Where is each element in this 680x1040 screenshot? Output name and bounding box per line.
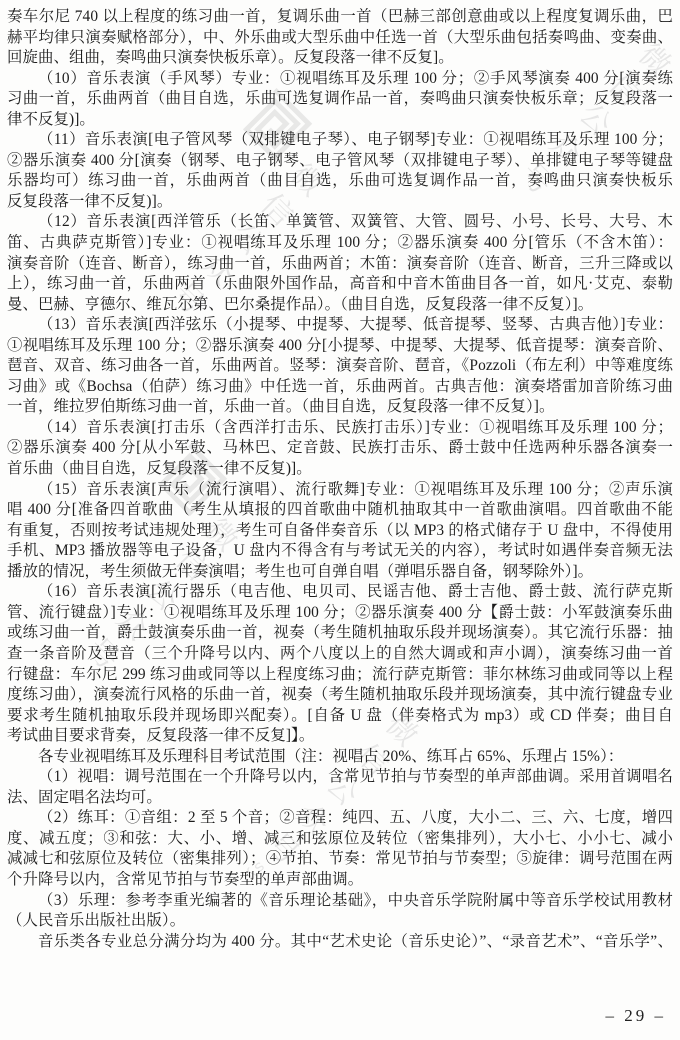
paragraph: （2）练耳：①音组：2 至 5 个音；②音程：纯四、五、八度，大小二、三、六、七… xyxy=(7,808,673,890)
text-line: 度练习曲），演奏流行风格的乐曲一首，视奏（考生随机抽取乐段并现场演奏，其中流行键… xyxy=(7,685,673,706)
text-line: 奏车尔尼 740 以上程度的练习曲一首，复调乐曲一首（巴赫三部创意曲或以上程度复… xyxy=(7,7,673,28)
text-line: （14）音乐表演[打击乐（含西洋打击乐、民族打击乐）]专业：①视唱练耳及乐理 1… xyxy=(7,418,673,439)
text-line: 有重复，否则按考试违规处理），考生可自备伴奏音乐（以 MP3 的格式储存于 U … xyxy=(7,521,673,542)
paragraph: （15）音乐表演[声乐（流行演唱）、流行歌舞]专业：①视唱练耳及乐理 100 分… xyxy=(7,480,673,583)
text-line: （16）音乐表演[流行器乐（电吉他、电贝司、民谣吉他、爵士吉他、爵士鼓、流行萨克… xyxy=(7,582,673,603)
text-line: 演奏音阶（连音、断音），练习曲一首，乐曲两首；木笛：演奏音阶（连音、断音，三升三… xyxy=(7,254,673,275)
paragraph: （11）音乐表演[电子管风琴（双排键电子琴）、电子钢琴]专业：①视唱练耳及乐理 … xyxy=(7,130,673,212)
text-line: 回旋曲、组曲，奏鸣曲只演奏快板乐章）。反复段落一律不反复]。 xyxy=(7,48,673,69)
text-line: 考试曲目要求背奏，反复段落一律不反复]】。 xyxy=(7,726,673,747)
text-line: 管、流行键盘）]专业：①视唱练耳及乐理 100 分；②器乐演奏 400 分【爵士… xyxy=(7,603,673,624)
paragraph: （14）音乐表演[打击乐（含西洋打击乐、民族打击乐）]专业：①视唱练耳及乐理 1… xyxy=(7,418,673,480)
text-line: ②器乐演奏 400 分[演奏（钢琴、电子钢琴、电子管风琴（双排键电子琴）、单排键… xyxy=(7,151,673,172)
text-line: 乐器均可）练习曲一首，乐曲两首（曲目自选，乐曲可选复调作品一首，奏鸣曲只演奏快板… xyxy=(7,171,673,192)
text-line: 要求考生随机抽取乐段并现场即兴配奏）。[自备 U 盘（伴奏格式为 mp3）或 C… xyxy=(7,706,673,727)
page-number: – 29 – xyxy=(606,1006,667,1026)
text-line: 减减七和弦原位及转位（密集排列）；④节拍、节奏：常见节拍与节奏型；⑤旋律：调号范… xyxy=(7,849,673,870)
text-line: 播放的情况，考生须做无伴奏演唱；考生也可自弹自唱（弹唱乐器自备，钢琴除外）]。 xyxy=(7,562,673,583)
text-line: ②器乐演奏 400 分[从小军鼓、马林巴、定音鼓、民族打击乐、爵士鼓中任选两种乐… xyxy=(7,438,673,459)
text-line: 习曲一首，乐曲两首（曲目自选，乐曲可选复调作品一首，奏鸣曲只演奏快板乐章；反复段… xyxy=(7,89,673,110)
paragraph: （12）音乐表演[西洋管乐（长笛、单簧管、双簧管、大管、圆号、小号、长号、大号、… xyxy=(7,212,673,315)
text-line: （3）乐理：参考李重光编著的《音乐理论基础》，中央音乐学院附属中等音乐学校试用教… xyxy=(7,891,673,912)
paragraph: （16）音乐表演[流行器乐（电吉他、电贝司、民谣吉他、爵士吉他、爵士鼓、流行萨克… xyxy=(7,582,673,746)
text-line: 反复段落一律不反复)]。 xyxy=(7,192,673,213)
text-line: 行键盘：车尔尼 299 练习曲或同等以上程度练习曲；流行萨克斯管：菲尔林练习曲或… xyxy=(7,665,673,686)
text-line: （1）视唱：调号范围在一个升降号以内，含常见节拍与节奏型的单声部曲调。采用首调唱… xyxy=(7,767,673,788)
text-line: 上），练习曲一首，乐曲两首（乐曲限外国作品，高音和中音木笛曲目各一首，如凡·艾克… xyxy=(7,274,673,295)
text-line: 一首，维拉罗伯斯练习曲一首，乐曲一首。（曲目自选，反复段落一律不反复）]。 xyxy=(7,397,673,418)
text-line: 首乐曲（曲目自选，反复段落一律不反复)]。 xyxy=(7,459,673,480)
paragraph: 各专业视唱练耳及乐理科目考试范围（注：视唱占 20%、练耳占 65%、乐理占 1… xyxy=(7,747,673,768)
text-line: 各专业视唱练耳及乐理科目考试范围（注：视唱占 20%、练耳占 65%、乐理占 1… xyxy=(7,747,673,768)
text-line: 或练习曲一首，爵士鼓演奏乐曲一首，视奏（考生随机抽取乐段并现场演奏）。其它流行乐… xyxy=(7,623,673,644)
text-line: 律不反复)]。 xyxy=(7,110,673,131)
paragraph: （1）视唱：调号范围在一个升降号以内，含常见节拍与节奏型的单声部曲调。采用首调唱… xyxy=(7,767,673,808)
text-line: 唱 400 分[准备四首歌曲（考生从填报的四首歌曲中随机抽取其中一首歌曲演唱。四… xyxy=(7,500,673,521)
document-body: 奏车尔尼 740 以上程度的练习曲一首，复调乐曲一首（巴赫三部创意曲或以上程度复… xyxy=(7,7,673,952)
text-line: （2）练耳：①音组：2 至 5 个音；②音程：纯四、五、八度，大小二、三、六、七… xyxy=(7,808,673,829)
paragraph: 奏车尔尼 740 以上程度的练习曲一首，复调乐曲一首（巴赫三部创意曲或以上程度复… xyxy=(7,7,673,69)
text-line: （10）音乐表演（手风琴）专业：①视唱练耳及乐理 100 分；②手风琴演奏 40… xyxy=(7,69,673,90)
text-line: （13）音乐表演[西洋弦乐（小提琴、中提琴、大提琴、低音提琴、竖琴、古典吉他）]… xyxy=(7,315,673,336)
paragraph: 音乐类各专业总分满分均为 400 分。其中“艺术史论（音乐史论）”、“录音艺术”… xyxy=(7,932,673,953)
text-line: 赫平均律只演奏赋格部分），中、外乐曲或大型乐曲中任选一首（大型乐曲包括奏鸣曲、变… xyxy=(7,28,673,49)
text-line: ①视唱练耳及乐理 100 分；②器乐演奏 400 分[小提琴、中提琴、大提琴、低… xyxy=(7,336,673,357)
text-line: 度、减五度；③和弦：大、小、增、减三和弦原位及转位（密集排列），大小七、小小七、… xyxy=(7,829,673,850)
text-line: （15）音乐表演[声乐（流行演唱）、流行歌舞]专业：①视唱练耳及乐理 100 分… xyxy=(7,480,673,501)
paragraph: （3）乐理：参考李重光编著的《音乐理论基础》，中央音乐学院附属中等音乐学校试用教… xyxy=(7,891,673,932)
text-line: 个升降号以内，含常见节拍与节奏型的单声部曲调。 xyxy=(7,870,673,891)
text-line: 曼、巴赫、亨德尔、维瓦尔第、巴尔桑提作品）。（曲目自选，反复段落一律不反复）]。 xyxy=(7,295,673,316)
text-line: 查一条音阶及琶音（三个升降号以内、两个八度以上的自然大调或和声小调），演奏练习曲… xyxy=(7,644,673,665)
paragraph: （10）音乐表演（手风琴）专业：①视唱练耳及乐理 100 分；②手风琴演奏 40… xyxy=(7,69,673,131)
text-line: 琶音、双音、练习曲各一首，乐曲两首。竖琴：演奏音阶、琶音，《Pozzoli（布左… xyxy=(7,356,673,377)
text-line: （12）音乐表演[西洋管乐（长笛、单簧管、双簧管、大管、圆号、小号、长号、大号、… xyxy=(7,212,673,233)
text-line: 手机、MP3 播放器等电子设备，U 盘内不得含有与考试无关的内容），考试时如遇伴… xyxy=(7,541,673,562)
paragraph: （13）音乐表演[西洋弦乐（小提琴、中提琴、大提琴、低音提琴、竖琴、古典吉他）]… xyxy=(7,315,673,418)
text-line: 习曲》或《Bochsa（伯萨）练习曲》中任选一首，乐曲两首。古典吉他：演奏塔雷加… xyxy=(7,377,673,398)
text-line: 音乐类各专业总分满分均为 400 分。其中“艺术史论（音乐史论）”、“录音艺术”… xyxy=(7,932,673,953)
text-line: （11）音乐表演[电子管风琴（双排键电子琴）、电子钢琴]专业：①视唱练耳及乐理 … xyxy=(7,130,673,151)
text-line: 笛、古典萨克斯管）]专业：①视唱练耳及乐理 100 分；②器乐演奏 400 分[… xyxy=(7,233,673,254)
text-line: 法、固定唱名法均可。 xyxy=(7,788,673,809)
document-page: { "page": { "page_number": "– 29 –", "ba… xyxy=(0,0,680,1040)
text-line: （人民音乐出版社出版）。 xyxy=(7,911,673,932)
